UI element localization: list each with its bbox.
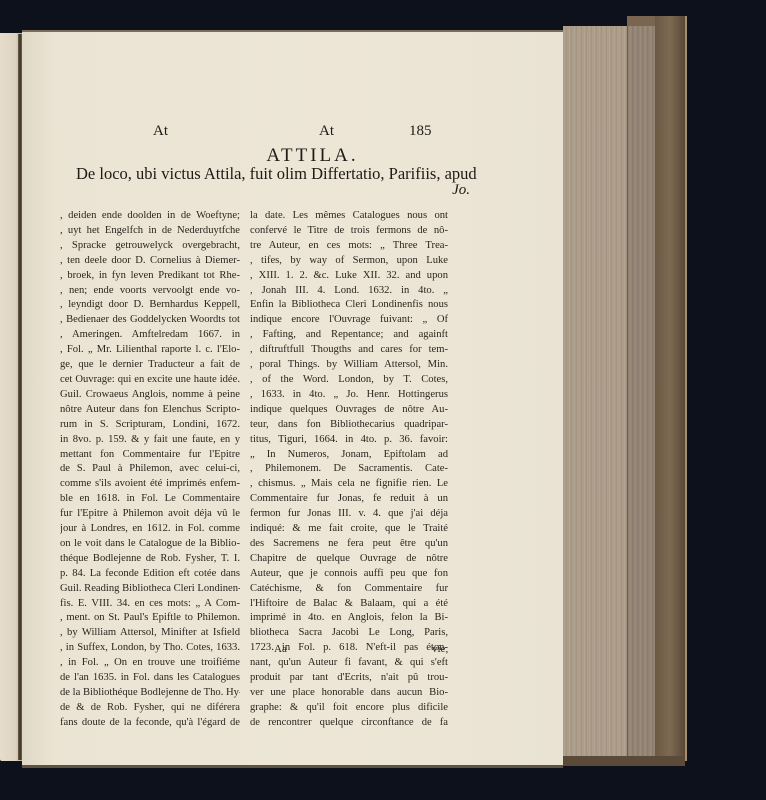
text-line: , chismus. „ Mais cela ne fignifie rien.… bbox=[250, 477, 448, 492]
text-line: mettant fon Commentaire fur l'Epitre bbox=[60, 448, 240, 463]
text-line: , Fafting, and Repentance; and againft bbox=[250, 328, 448, 343]
text-line: , diftruftfull Thougths and cares for te… bbox=[250, 343, 448, 358]
book-board-edge bbox=[627, 26, 656, 759]
running-head-center: At bbox=[319, 123, 334, 140]
text-line: , Philemonem. De Sacramentis. Cate- bbox=[250, 462, 448, 477]
text-line: indique quelques Ouvrages de nôtre Au- bbox=[250, 403, 448, 418]
page-number: 185 bbox=[409, 123, 432, 140]
text-line: nôtre Auteur dans fon Elenchus Scripto- bbox=[60, 403, 240, 418]
entry-subtitle-continuation: Jo. bbox=[422, 182, 470, 199]
text-line: indique encore l'Ouvrage fuivant: „ Of bbox=[250, 313, 448, 328]
text-line: tre Auteur, en ces mots: „ Three Trea- bbox=[250, 239, 448, 254]
text-line: on le voit dans le Catalogue de la Bibli… bbox=[60, 537, 240, 552]
text-line: , Fol. „ Mr. Lilienthal raporte l. c. l'… bbox=[60, 343, 240, 358]
text-line: , leyndigt door D. Bernhardus Keppell, bbox=[60, 298, 240, 313]
text-line: Catéchisme, & fon Commentaire fur bbox=[250, 582, 448, 597]
text-line: , Ameringen. Amftelredam 1667. in bbox=[60, 328, 240, 343]
text-line: des Sacremens ne fera peut être qu'un bbox=[250, 537, 448, 552]
text-line: fermon fur Jonas III. v. 4. que j'ai déj… bbox=[250, 507, 448, 522]
text-line: , deiden ende doolden in de Woeftyne; bbox=[60, 209, 240, 224]
book-cover-edge bbox=[655, 16, 687, 761]
text-line: produit par tant d'Ecrits, n'ait pû trou… bbox=[250, 671, 448, 686]
text-line: la date. Les mêmes Catalogues nous ont bbox=[250, 209, 448, 224]
text-column-left: , deiden ende doolden in de Woeftyne;, u… bbox=[60, 209, 240, 731]
text-line: , in Suffex, London, by Tho. Cotes, 1633… bbox=[60, 641, 240, 656]
text-line: , of the Word. London, by T. Cotes, bbox=[250, 373, 448, 388]
text-line: , Spracke getrouwelyck overgebracht, bbox=[60, 239, 240, 254]
text-line: , poral Things. by William Attersol, Min… bbox=[250, 358, 448, 373]
text-line: bliotheca Sacra Jacobi Le Long, Paris, bbox=[250, 626, 448, 641]
catchword: vie, bbox=[432, 643, 448, 655]
text-line: Chapitre de quelque Ouvrage de nôtre bbox=[250, 552, 448, 567]
running-head-left: At bbox=[153, 123, 168, 140]
text-line: de l'an 1635. in Fol. dans les Catalogue… bbox=[60, 671, 240, 686]
book-cover-bottom bbox=[563, 756, 685, 766]
text-line: nant, qu'un Auteur fi favant, & qui s'ef… bbox=[250, 656, 448, 671]
text-line: , nen; ende voorts vervoolgt ende vo- bbox=[60, 284, 240, 299]
text-line: teur, dans fon Bibliothecarius quadripar… bbox=[250, 418, 448, 433]
text-line: de S. Paul à Philemon, avec celui-ci, bbox=[60, 462, 240, 477]
text-line: , broek, in fyn leven Predikant tot Rhe- bbox=[60, 269, 240, 284]
text-line: in 8vo. p. 159. & y fait une faute, en y bbox=[60, 433, 240, 448]
text-line: indiqué: & me fait croite, que le Traité bbox=[250, 522, 448, 537]
text-line: jour à Londres, en 1612. in Fol. comme bbox=[60, 522, 240, 537]
text-line: fur l'Epitre à Philemon avoit déja vû le bbox=[60, 507, 240, 522]
signature-mark: Aa bbox=[274, 643, 287, 655]
text-line: , 1633. in 4to. „ Jo. Henr. Hottingerus bbox=[250, 388, 448, 403]
text-line: Auteur, que je connois auffi peu que fon bbox=[250, 567, 448, 582]
entry-subtitle: De loco, ubi victus Attila, fuit olim Di… bbox=[76, 164, 470, 184]
text-line: de la Bibliothéque Bodlejenne de Tho. Hy… bbox=[60, 686, 240, 701]
text-line: ge, que le dernier Traducteur a fait de bbox=[60, 358, 240, 373]
text-line: Guil. Reading Bibliotheca Cleri Londinen… bbox=[60, 582, 240, 597]
text-line: graphe: & qu'il foit encore plus dificil… bbox=[250, 701, 448, 716]
text-line: Commentaire fur Jonas, fe reduit à un bbox=[250, 492, 448, 507]
text-line: rum in S. Scripturam, Londini, 1672. bbox=[60, 418, 240, 433]
text-line: théque Bodlejenne de Rob. Fysher, T. I. bbox=[60, 552, 240, 567]
text-line: l'Hiftoire de Balac & Balaam, qui a été bbox=[250, 597, 448, 612]
text-line: titus, Tiguri, 1664. in 4to. p. 36. favo… bbox=[250, 433, 448, 448]
text-line: , XIII. 1. 2. &c. Luke XII. 32. and upon bbox=[250, 269, 448, 284]
text-line: Enfin la Bibliotheca Cleri Londinenfis n… bbox=[250, 298, 448, 313]
book-page: At At 185 ATTILA. De loco, ubi victus At… bbox=[22, 30, 563, 768]
text-line: fans doute de la feconde, qu'à l'égard d… bbox=[60, 716, 240, 731]
text-line: , ten deele door D. Cornelius à Diemer- bbox=[60, 254, 240, 269]
text-line: p. 84. La feconde Edition eft cotée dans bbox=[60, 567, 240, 582]
page-block-fore-edge bbox=[563, 26, 627, 763]
text-line: „ In Numeros, Jonam, Epiftolam ad bbox=[250, 448, 448, 463]
text-line: , Jonah III. 4. Lond. 1632. in 4to. „ bbox=[250, 284, 448, 299]
text-line: , by William Attersol, Minifter at Isfie… bbox=[60, 626, 240, 641]
text-line: , in Fol. „ On en trouve une troifiéme bbox=[60, 656, 240, 671]
text-line: , uyt het Engelfch in de Nederduytfche bbox=[60, 224, 240, 239]
text-line: ble en 1618. in Fol. Le Commentaire bbox=[60, 492, 240, 507]
text-line: ver une place honorable dans aucun Bio- bbox=[250, 686, 448, 701]
text-line: , Bedienaer des Goddelycken Woordts tot bbox=[60, 313, 240, 328]
text-line: de rencontrer quelque circonftance de fa bbox=[250, 716, 448, 731]
text-line: fis. E. VIII. 34. en ces mots: „ A Com- bbox=[60, 597, 240, 612]
text-line: Guil. Crowaeus Anglois, nomme à peine bbox=[60, 388, 240, 403]
text-line: imprimé in 4to. en Anglois, felon la Bi- bbox=[250, 611, 448, 626]
text-line: , tifes, by way of Sermon, upon Luke bbox=[250, 254, 448, 269]
text-line: confervé le Titre de trois fermons de nô… bbox=[250, 224, 448, 239]
text-line: comme s'ils avoient été imprimés enfem- bbox=[60, 477, 240, 492]
text-line: cet Ouvrage: qui en excite une haute idé… bbox=[60, 373, 240, 388]
text-line: , ment. on St. Paul's Epiftle to Philemo… bbox=[60, 611, 240, 626]
text-line: de & de Rob. Fysher, qui ne diférera bbox=[60, 701, 240, 716]
